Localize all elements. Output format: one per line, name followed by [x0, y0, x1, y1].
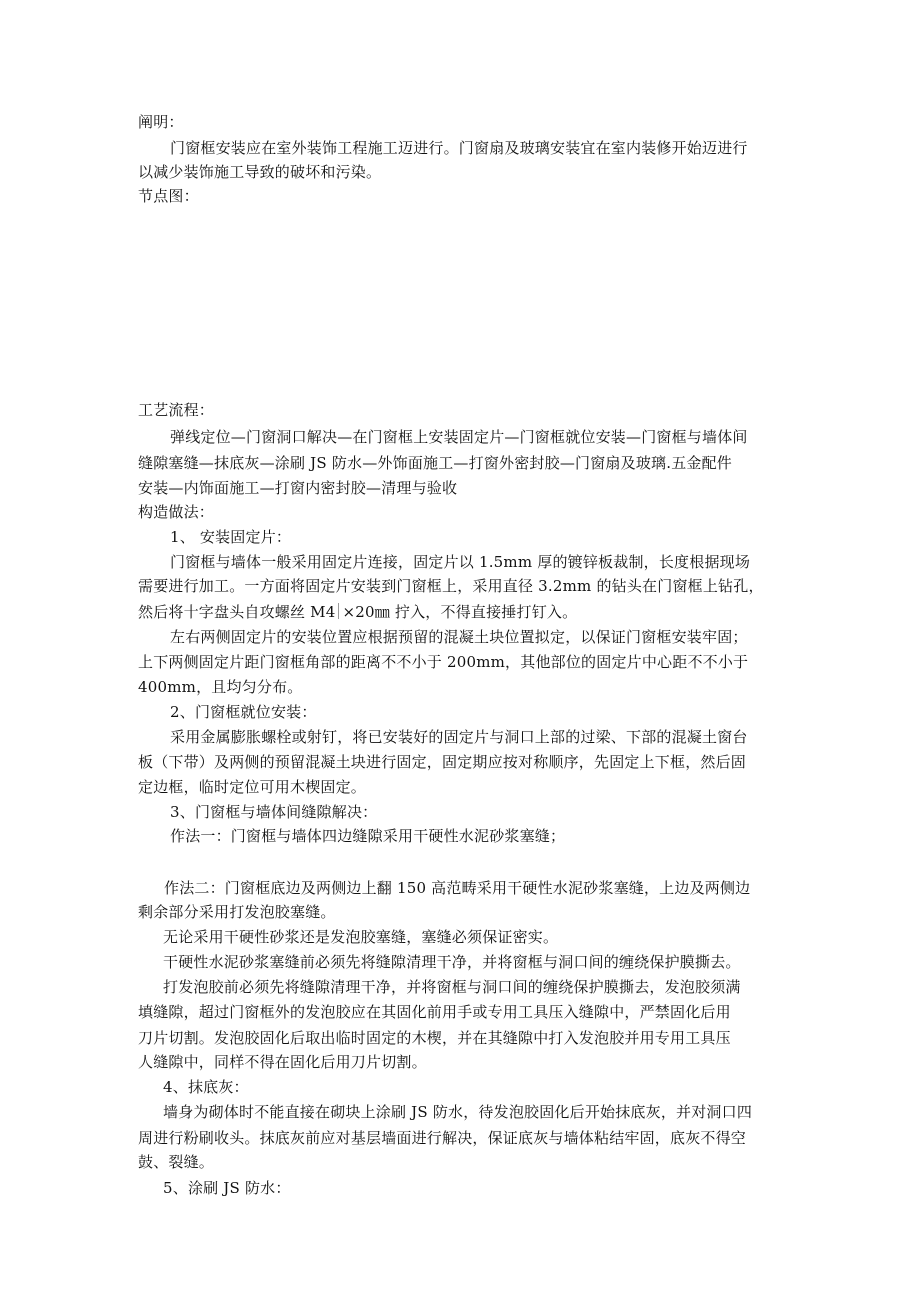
heading-construction: 构造做法： — [138, 502, 214, 522]
paragraph-line: 剩余部分采用打发泡胶塞缝。 — [138, 902, 336, 922]
paragraph-line: 刀片切割。发泡胶固化后取出临时固定的木楔，并在其缝隙中打入发泡胶并用专用工具压 — [138, 1028, 731, 1048]
text-run: ×20㎜ 拧入，不得直接捶打钉入。 — [342, 603, 577, 621]
paragraph-line: 弹线定位—门窗洞口解决—在门窗框上安装固定片—门窗框就位安装—门窗框与墙体间 — [170, 427, 748, 447]
heading-process-flow: 工艺流程： — [138, 400, 214, 420]
step-title: 4、抹底灰： — [163, 1077, 249, 1097]
paragraph-line: 填缝隙，超过门窗框外的发泡胶应在其固化前用手或专用工具压入缝隙中，严禁固化后用 — [138, 1002, 731, 1022]
paragraph-line: 上下两侧固定片距门窗框角部的距离不不小于 200mm，其他部位的固定片中心距不不… — [138, 652, 748, 672]
step-title: 5、涂刷 JS 防水： — [163, 1178, 291, 1198]
paragraph-line: 需要进行加工。一方面将固定片安装到门窗框上，采用直径 3.2mm 的钻头在门窗框… — [138, 576, 764, 596]
paragraph-line: 400mm，且均匀分布。 — [138, 677, 302, 697]
paragraph-line: 人缝隙中，同样不得在固化后用刀片切割。 — [138, 1052, 427, 1072]
paragraph-line: 左右两侧固定片的安装位置应根据预留的混凝土块位置拟定，以保证门窗框安装牢固； — [170, 627, 748, 647]
heading-node-diagram: 节点图： — [138, 186, 199, 206]
paragraph-line: 缝隙塞缝—抹底灰—涂刷 JS 防水—外饰面施工—打窗外密封胶—门窗扇及玻璃.五金… — [138, 453, 732, 473]
heading-explanation: 阐明： — [138, 112, 184, 132]
paragraph-line: 无论采用干硬性砂浆还是发泡胶塞缝，塞缝必须保证密实。 — [163, 927, 558, 947]
paragraph-line: 周进行粉刷收头。抹底灰前应对基层墙面进行解决，保证底灰与墙体粘结牢固，底灰不得空 — [138, 1128, 746, 1148]
paragraph-line: 安装—内饰面施工—打窗内密封胶—清理与验收 — [138, 478, 457, 498]
paragraph-line: 门窗框安装应在室外装饰工程施工迈进行。门窗扇及玻璃安装宜在室内装修开始迈进行 — [170, 138, 748, 158]
paragraph-line: 采用金属膨胀螺栓或射钉，将已安装好的固定片与洞口上部的过梁、下部的混凝土窗台 — [170, 727, 748, 747]
step-title: 3、门窗框与墙体间缝隙解决： — [170, 802, 377, 822]
paragraph-line: 干硬性水泥砂浆塞缝前必须先将缝隙清理干净，并将窗框与洞口间的缠绕保护膜撕去。 — [163, 952, 741, 972]
paragraph-line: 以减少装饰施工导致的破坏和污染。 — [138, 162, 381, 182]
paragraph-line: 打发泡胶前必须先将缝隙清理干净，并将窗框与洞口间的缠绕保护膜撕去，发泡胶须满 — [163, 977, 741, 997]
paragraph-line: 然后将十字盘头自攻螺丝 M4×20㎜ 拧入，不得直接捶打钉入。 — [138, 602, 577, 622]
node-diagram-area — [138, 210, 788, 395]
text-run: 然后将十字盘头自攻螺丝 M4 — [138, 603, 335, 621]
paragraph-line: 门窗框与墙体一般采用固定片连接，固定片以 1.5mm 厚的镀锌板裁制，长度根据现… — [170, 552, 750, 572]
paragraph-line: 定边框，临时定位可用木楔固定。 — [138, 777, 366, 797]
paragraph-line: 板（下带）及两侧的预留混凝土块进行固定，固定期应按对称顺序，先固定上下框，然后固 — [138, 752, 746, 772]
cursor-mark — [338, 603, 339, 619]
step-title: 2、门窗框就位安装： — [170, 702, 317, 722]
paragraph-line: 墙身为砌体时不能直接在砌块上涂刷 JS 防水，待发泡胶固化后开始抹底灰，并对洞口… — [163, 1102, 752, 1122]
paragraph-line: 作法二：门窗框底边及两侧边上翻 150 高范畴采用干硬性水泥砂浆塞缝，上边及两侧… — [164, 878, 750, 898]
paragraph-line: 作法一：门窗框与墙体四边缝隙采用干硬性水泥砂浆塞缝； — [170, 826, 565, 846]
paragraph-line: 鼓、裂缝。 — [138, 1152, 214, 1172]
step-title: 1、 安装固定片： — [170, 527, 291, 547]
